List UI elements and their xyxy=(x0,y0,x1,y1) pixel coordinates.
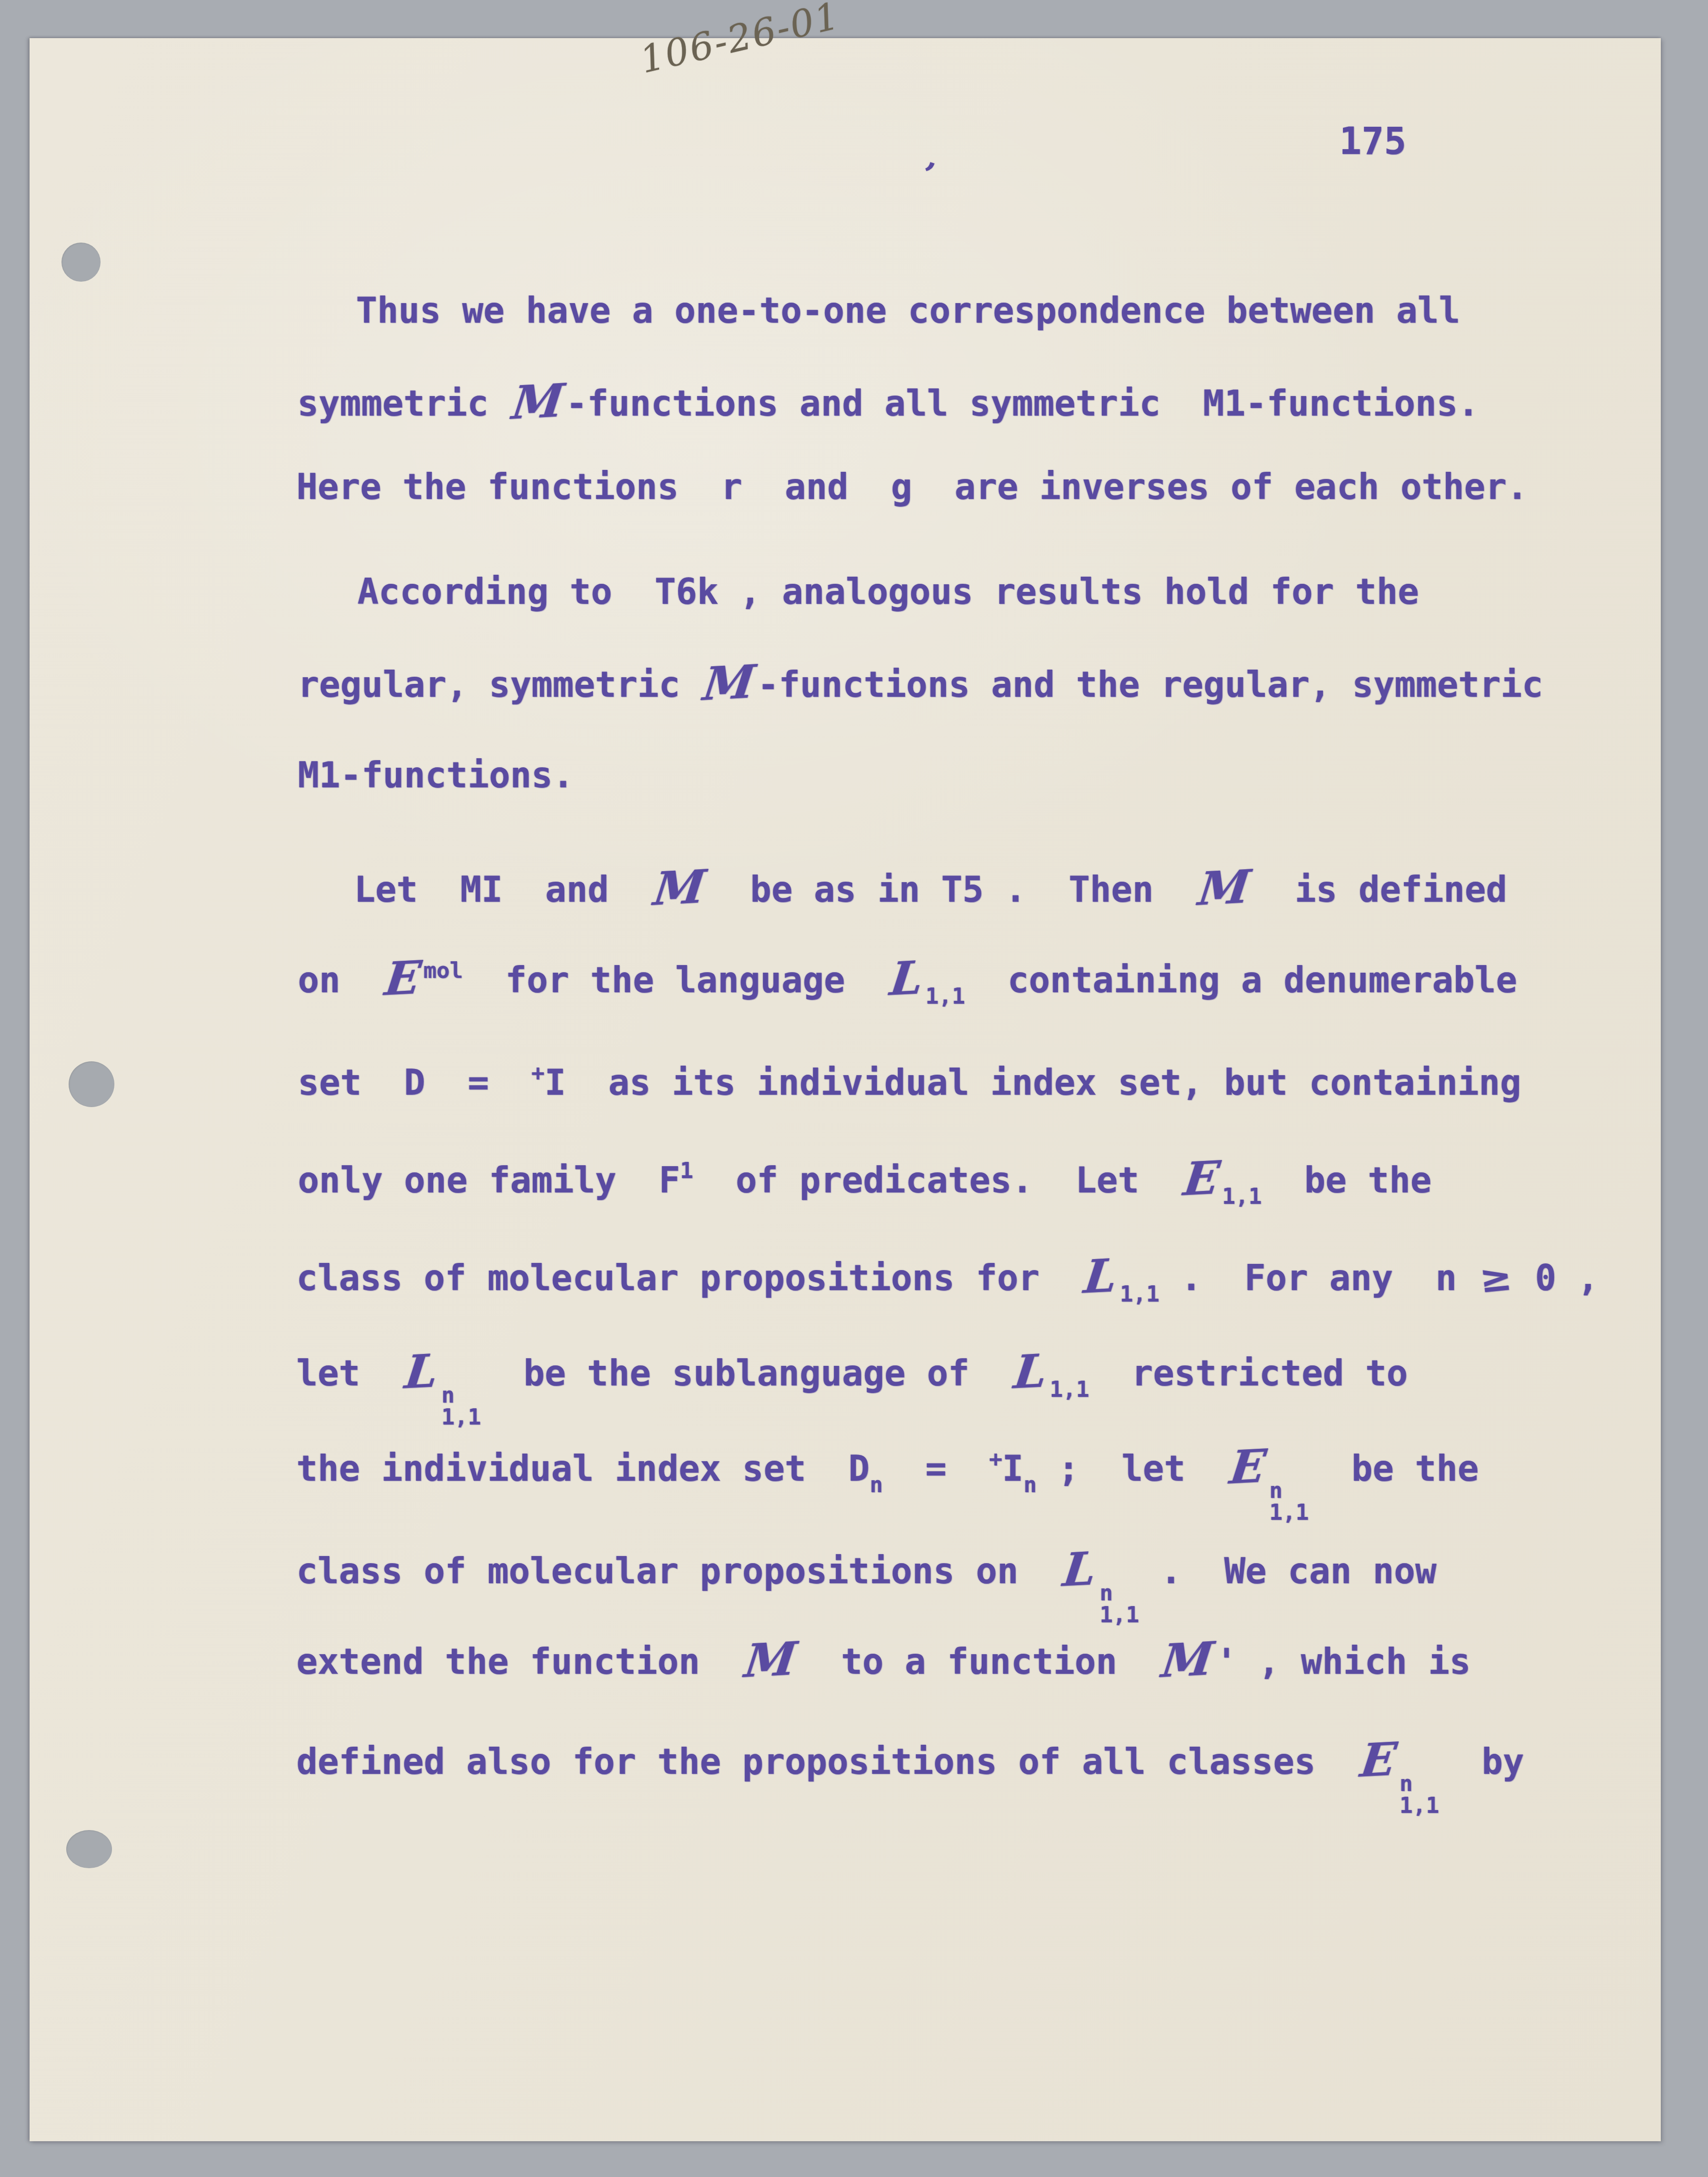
typed-line: Here the functions r and g are inverses … xyxy=(296,469,1528,505)
handwritten-script-letter: E xyxy=(1230,1456,1267,1477)
typed-line: symmetric M-functions and all symmetric … xyxy=(297,386,1479,421)
handwritten-script-letter: E xyxy=(1183,1168,1221,1189)
subscript-text: 1,1 xyxy=(441,1406,481,1428)
typed-line: let Ln1,1 be the sublanguage of L1,1 res… xyxy=(296,1356,1408,1428)
handwritten-geq-symbol: ≥ xyxy=(1479,1267,1513,1289)
typed-line: on Emol for the language L1,1 containing… xyxy=(298,963,1517,998)
superscript-text: + xyxy=(531,1060,545,1086)
typewriter-text: I xyxy=(1002,1448,1024,1489)
subscript-text: n xyxy=(870,1472,883,1497)
typescript-text: Thus we have a one-to-one correspondence… xyxy=(30,38,1661,2141)
subscript-text: 1,1 xyxy=(1400,1794,1439,1816)
superscript-text: 1 xyxy=(680,1158,693,1183)
typed-line: class of molecular propositions for L1,1… xyxy=(296,1261,1599,1296)
typewriter-text: 0 , xyxy=(1514,1258,1598,1299)
handwritten-script-letter: M xyxy=(1198,877,1251,899)
subscript-text: 1,1 xyxy=(1050,1376,1089,1402)
typed-line: regular, symmetric M-functions and the r… xyxy=(298,667,1543,702)
typewriter-text: containing a denumerable xyxy=(965,960,1517,1001)
typewriter-text: Thus we have a one-to-one correspondence… xyxy=(356,290,1460,331)
handwritten-script-letter: M xyxy=(511,391,565,413)
subscript-text: 1,1 xyxy=(1222,1183,1262,1209)
typed-line: class of molecular propositions on Ln1,1… xyxy=(296,1554,1436,1626)
handwritten-script-letter: M xyxy=(744,1649,797,1671)
typewriter-text: is defined xyxy=(1252,869,1507,910)
handwritten-script-letter: L xyxy=(404,1361,439,1382)
typed-line: Thus we have a one-to-one correspondence… xyxy=(356,293,1460,328)
typewriter-text: I as its individual index set, but conta… xyxy=(545,1062,1521,1103)
typed-line: According to T6k , analogous results hol… xyxy=(357,574,1419,610)
typed-line: only one family F1 of predicates. Let E1… xyxy=(298,1163,1432,1198)
subscript-text: 1,1 xyxy=(1120,1281,1159,1307)
typewriter-text: let xyxy=(296,1353,403,1394)
superscript-subscript-stack: n1,1 xyxy=(1269,1479,1309,1523)
typed-line: M1-functions. xyxy=(298,758,574,793)
handwritten-script-letter: L xyxy=(1013,1361,1048,1382)
superscript-text: + xyxy=(989,1446,1002,1472)
handwritten-script-letter: M xyxy=(1161,1649,1214,1671)
typewriter-text: be as in T5 . Then xyxy=(708,869,1196,910)
handwritten-script-letter: M xyxy=(703,672,756,694)
typewriter-text: class of molecular propositions on xyxy=(296,1551,1061,1592)
typewriter-text: regular, symmetric xyxy=(298,664,701,705)
typewriter-text: . For any n xyxy=(1159,1258,1478,1299)
superscript-text: n xyxy=(1269,1479,1309,1501)
superscript-subscript-stack: n1,1 xyxy=(1400,1772,1439,1816)
paper-sheet: 106-26-01 175 ’ Thus we have a one-to-on… xyxy=(30,38,1661,2141)
scanner-background: { "colors":{ "background":"#a8acb2", "pa… xyxy=(0,0,1708,2177)
typewriter-text: on xyxy=(298,960,383,1001)
typewriter-text: be the xyxy=(1309,1448,1479,1489)
handwritten-script-letter: L xyxy=(889,968,924,988)
superscript-subscript-stack: n1,1 xyxy=(441,1384,481,1428)
typewriter-text: extend the function xyxy=(296,1641,742,1682)
typewriter-text: -functions and the regular, symmetric xyxy=(758,664,1543,705)
subscript-text: 1,1 xyxy=(925,983,965,1009)
handwritten-script-letter: L xyxy=(1062,1559,1097,1579)
typed-line: set D = +I as its individual index set, … xyxy=(298,1065,1521,1100)
superscript-text: n xyxy=(1099,1582,1139,1604)
typewriter-text: for the language xyxy=(463,960,887,1001)
subscript-text: 1,1 xyxy=(1269,1501,1309,1523)
typed-line: defined also for the propositions of all… xyxy=(296,1744,1524,1816)
superscript-text: n xyxy=(441,1384,481,1406)
typewriter-text: by xyxy=(1439,1741,1524,1782)
typewriter-text: only one family F xyxy=(298,1160,680,1201)
typed-line: Let MI and M be as in T5 . Then M is def… xyxy=(354,872,1507,907)
typewriter-text: restricted to xyxy=(1089,1353,1408,1394)
typewriter-text: . We can now xyxy=(1139,1551,1436,1592)
subscript-text: 1,1 xyxy=(1099,1604,1139,1626)
typewriter-text: be the sublanguage of xyxy=(481,1353,1012,1394)
handwritten-script-letter: E xyxy=(1360,1750,1397,1770)
handwritten-script-letter: L xyxy=(1084,1266,1118,1286)
handwritten-script-letter: M xyxy=(653,877,706,899)
superscript-text: n xyxy=(1400,1772,1439,1794)
superscript-subscript-stack: n1,1 xyxy=(1099,1582,1139,1626)
superscript-text: mol xyxy=(423,957,463,983)
typewriter-text: the individual index set D xyxy=(296,1448,870,1489)
typewriter-text: Let MI and xyxy=(354,869,651,910)
subscript-text: n xyxy=(1024,1472,1037,1497)
typewriter-text: M1-functions. xyxy=(298,755,574,796)
typewriter-text: symmetric xyxy=(297,383,510,424)
typewriter-text: = xyxy=(883,1448,989,1489)
typewriter-text: set D = xyxy=(298,1062,531,1103)
typewriter-text: to a function xyxy=(799,1641,1159,1682)
typed-line: the individual index set Dn = +In ; let … xyxy=(296,1451,1479,1523)
typewriter-text: ; let xyxy=(1037,1448,1228,1489)
typed-line: extend the function M to a function M' ,… xyxy=(296,1644,1471,1679)
typewriter-text: of predicates. Let xyxy=(693,1160,1182,1201)
typewriter-text: be the xyxy=(1262,1160,1432,1201)
typewriter-text: class of molecular propositions for xyxy=(296,1258,1082,1299)
handwritten-script-letter: E xyxy=(384,968,422,989)
typewriter-text: ' , which is xyxy=(1216,1641,1471,1682)
typewriter-text: According to T6k , analogous results hol… xyxy=(357,571,1419,612)
typewriter-text: defined also for the propositions of all… xyxy=(296,1741,1358,1782)
typewriter-text: -functions and all symmetric M1-function… xyxy=(566,383,1479,424)
typewriter-text: Here the functions r and g are inverses … xyxy=(296,467,1528,508)
